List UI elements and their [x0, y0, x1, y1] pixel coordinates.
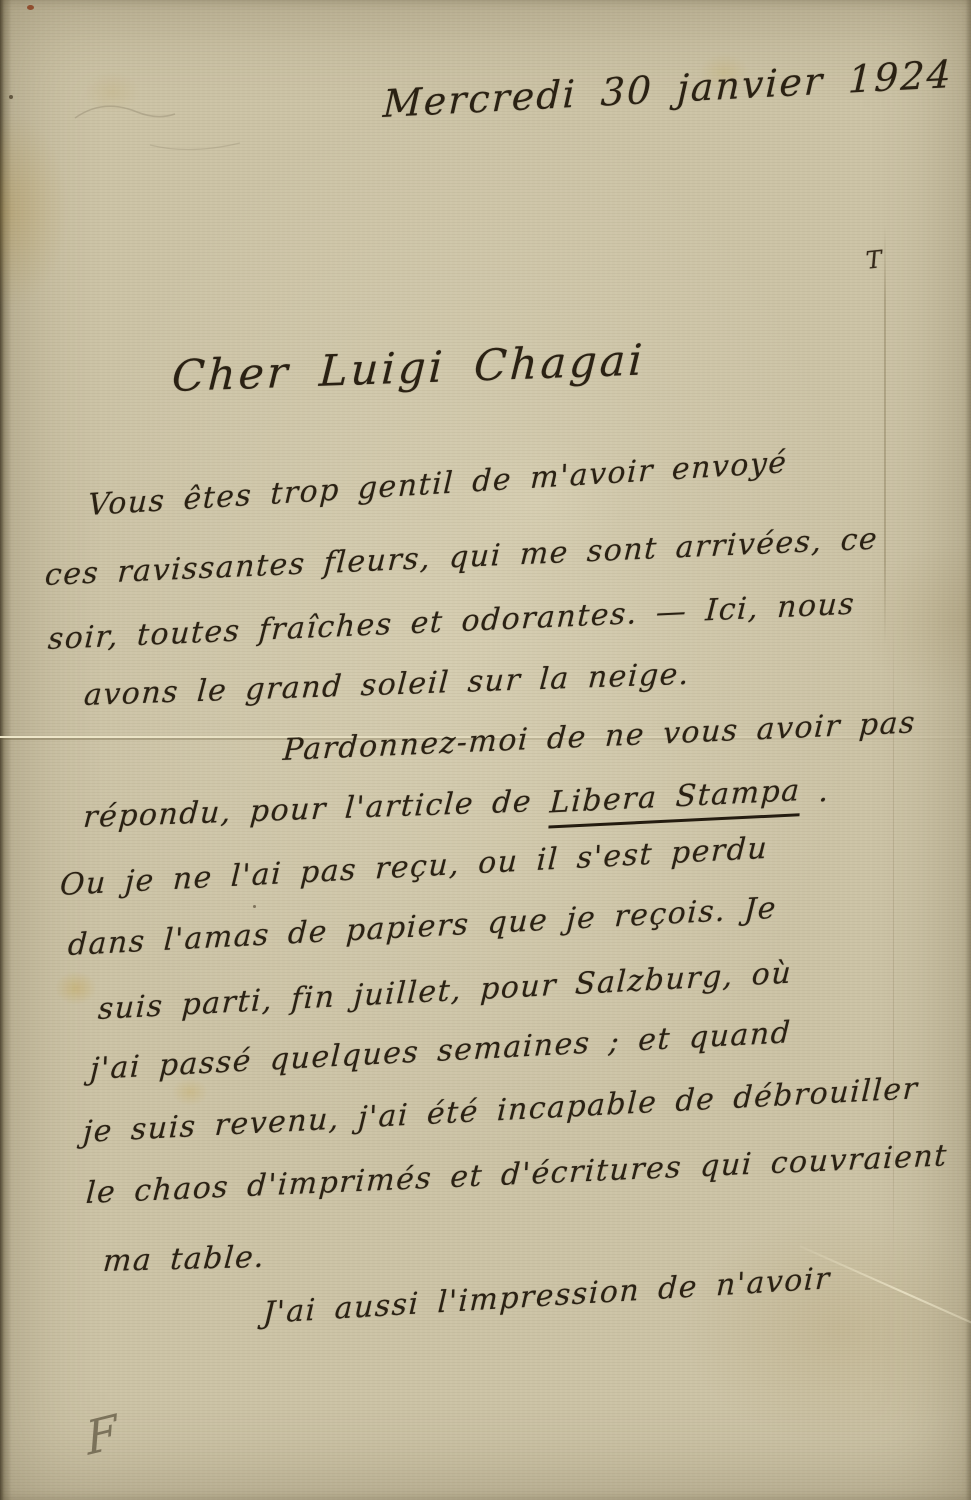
salutation: Cher Luigi Chagai — [171, 335, 647, 402]
body-line-pre: répondu, pour l'article de — [82, 784, 551, 835]
body-line: soir, toutes fraîches et odorantes. — Ic… — [47, 587, 856, 657]
body-line: Vous êtes trop gentil de m'avoir envoyé — [87, 445, 788, 523]
body-line: le chaos d'imprimés et d'écritures qui c… — [85, 1138, 949, 1211]
body-line: J'ai aussi l'impression de n'avoir — [262, 1261, 831, 1331]
vertical-crease — [884, 225, 886, 645]
edge-ink-mark: T — [865, 245, 884, 275]
body-line: suis parti, fin juillet, pour Salzburg, … — [97, 956, 793, 1028]
body-line: ma table. — [102, 1240, 267, 1279]
body-line: dans l'amas de papiers que je reçois. Je — [67, 891, 778, 963]
body-line: avons le grand soleil sur la neige. — [83, 657, 691, 713]
pencil-mark: F — [84, 1404, 121, 1466]
body-line: ces ravissantes fleurs, qui me sont arri… — [44, 522, 879, 594]
body-line: Pardonnez-moi de ne vous avoir pas — [282, 705, 917, 768]
body-line: j'ai passé quelques semaines ; et quand — [89, 1015, 792, 1087]
body-line: je suis revenu, j'ai été incapable de dé… — [82, 1071, 919, 1150]
underlined-title: Libera Stampa — [549, 773, 802, 828]
date-line: Mercredi 30 janvier 1924 — [382, 52, 953, 126]
body-line-post: . — [800, 774, 832, 810]
letter-page: Mercredi 30 janvier 1924 Cher Luigi Chag… — [0, 0, 971, 1500]
body-line: Ou je ne l'ai pas reçu, ou il s'est perd… — [59, 831, 769, 903]
ink-speck — [253, 905, 256, 908]
faint-pencil-squiggle — [0, 0, 300, 200]
